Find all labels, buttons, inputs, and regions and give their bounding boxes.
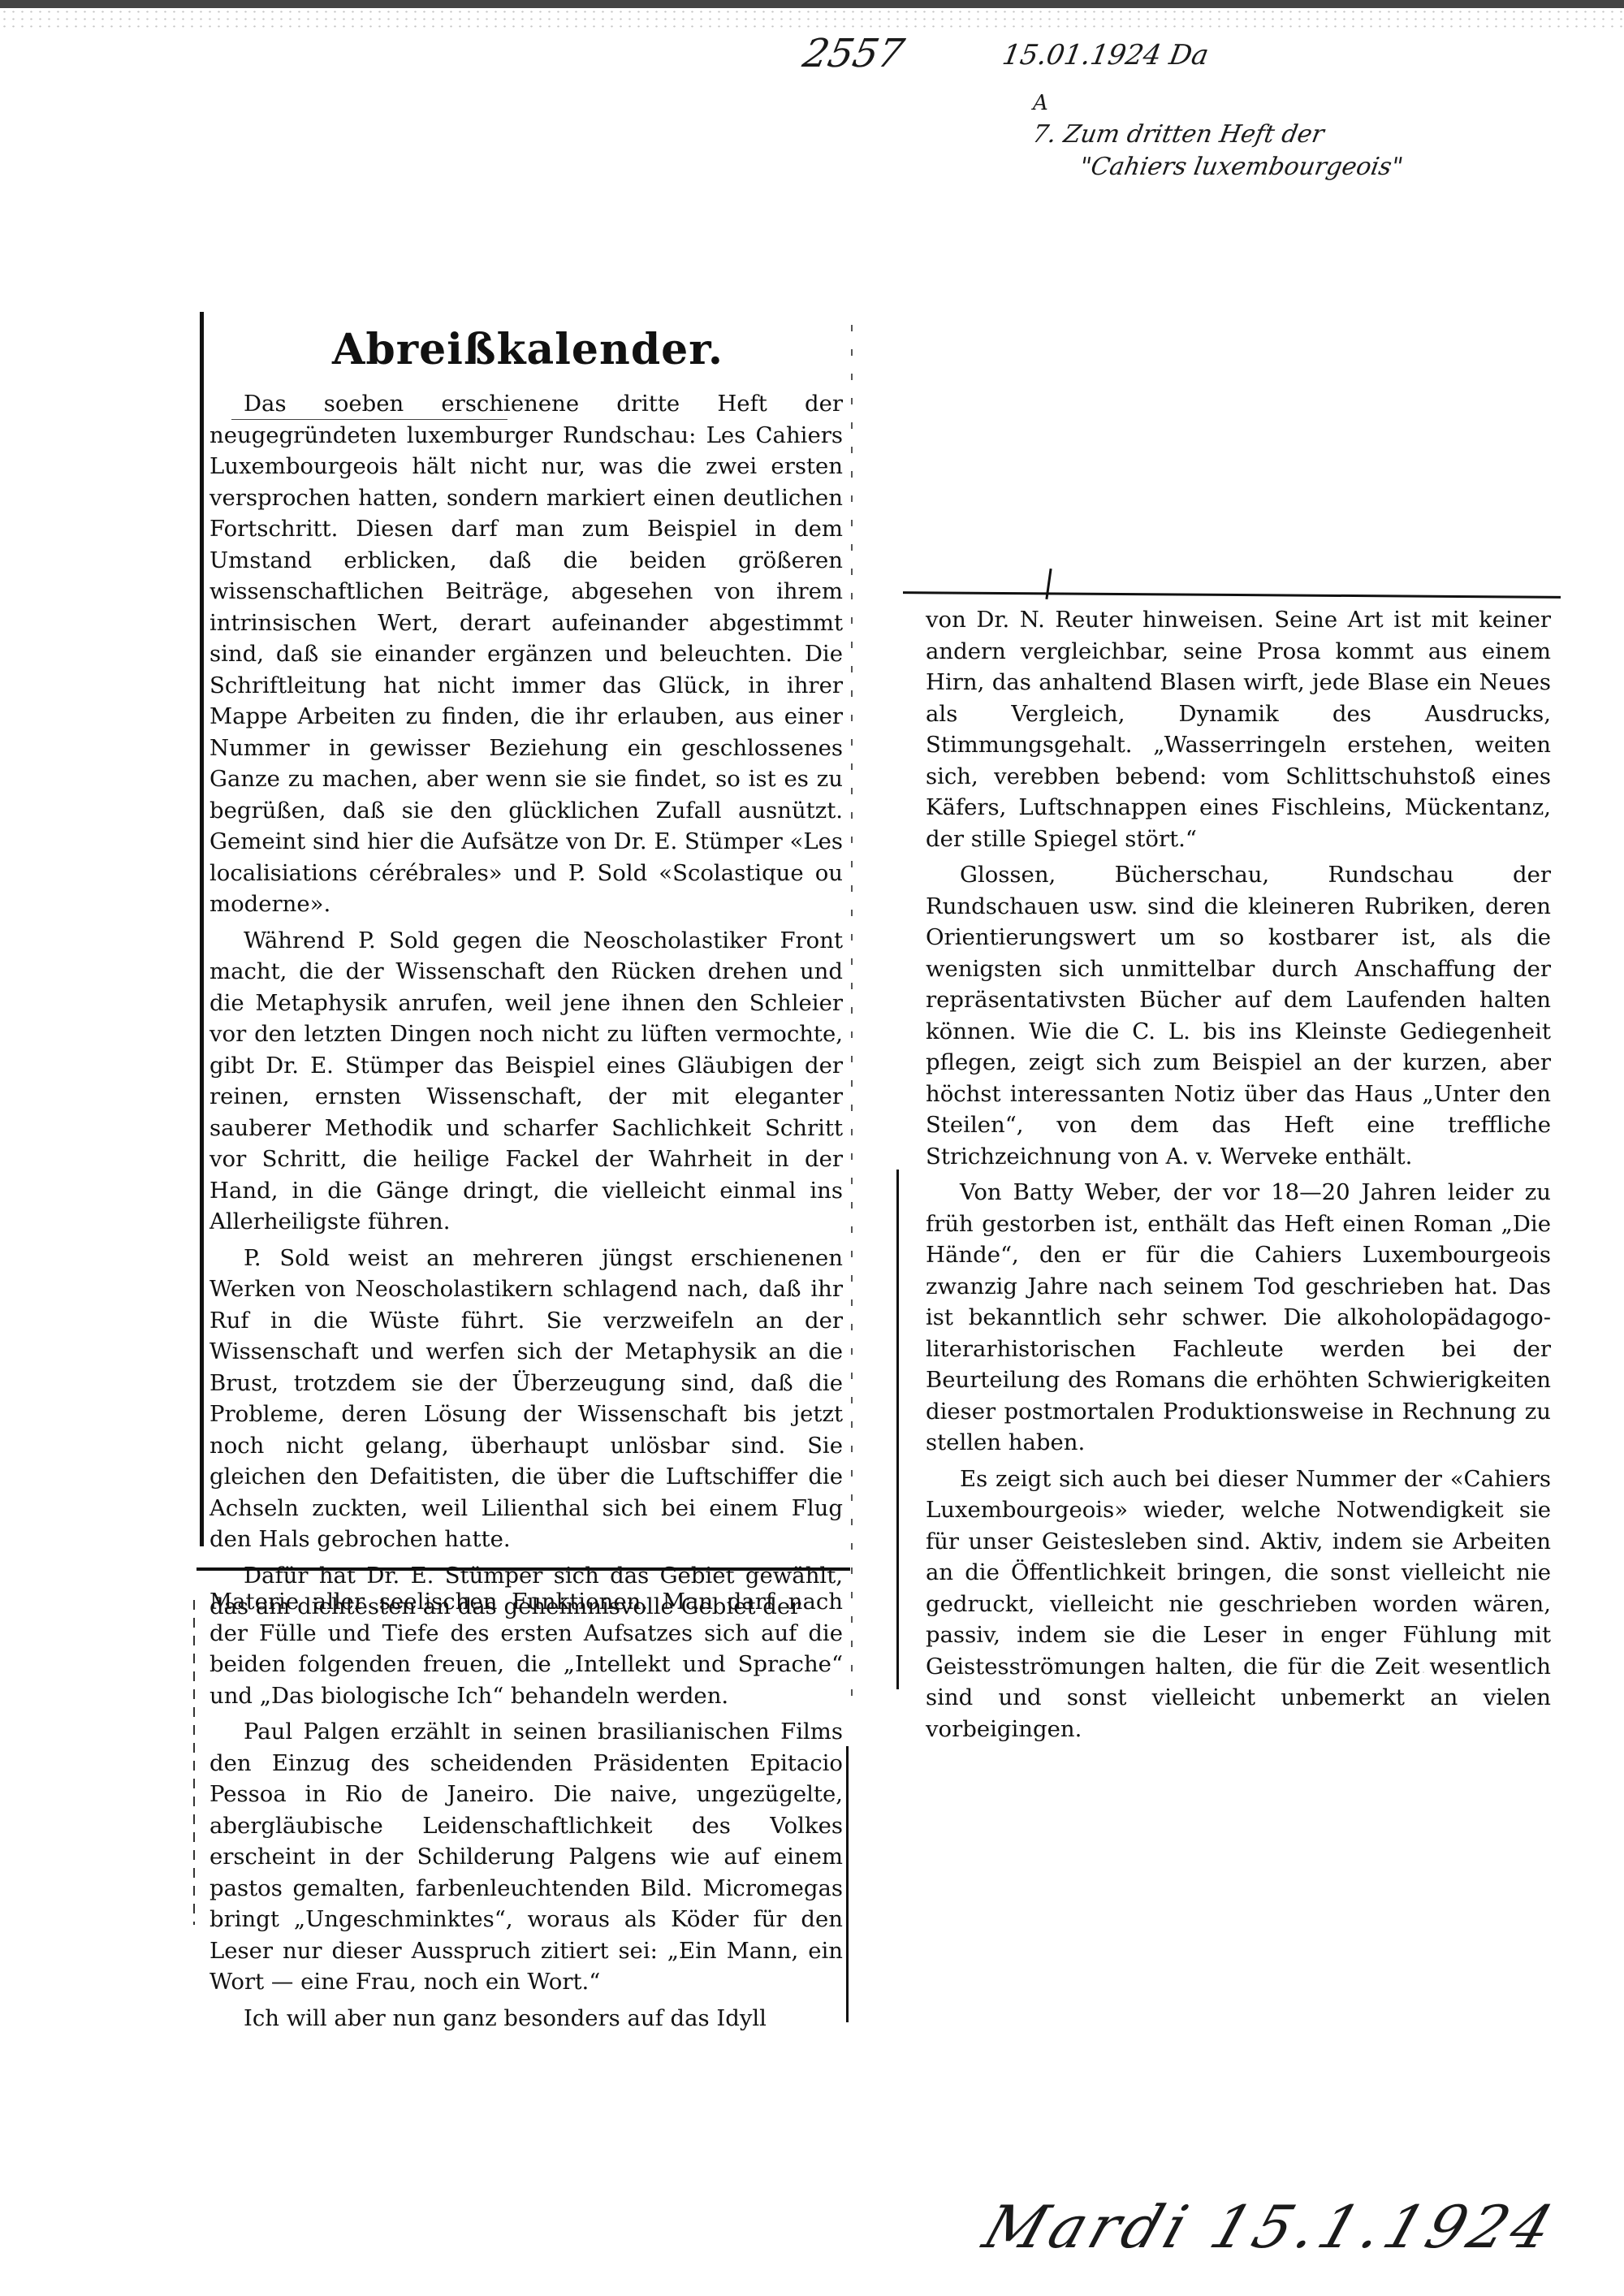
article-left-column-continued: Materie aller seelischen Funktionen. Man… <box>209 1586 843 2034</box>
clipping-border-right-column <box>896 1170 899 1689</box>
handwritten-bottom-date: Mardi 15.1.1924 <box>975 2193 1566 2261</box>
paragraph: Das soeben erschienene dritte Heft der n… <box>209 388 843 920</box>
paragraph: Während P. Sold gegen die Neoscholastike… <box>209 925 843 1238</box>
clipping-cut-line-right <box>903 591 1561 599</box>
clipping-border-left <box>200 312 204 1546</box>
trailing-dots <box>1080 1671 1437 1674</box>
handwritten-note-letter: A <box>1033 91 1048 115</box>
archive-number: 2557 <box>799 31 908 76</box>
paragraph: Von Batty Weber, der vor 18—20 Jahren le… <box>926 1177 1551 1459</box>
clipping-border-right <box>846 1746 849 2022</box>
handwritten-note-line-1: 7. Zum dritten Heft der <box>1030 120 1326 149</box>
handwritten-note-line-2: "Cahiers luxembourgeois" <box>1078 153 1406 181</box>
paragraph: Glossen, Bücherschau, Rundschau der Rund… <box>926 859 1551 1172</box>
paragraph: P. Sold weist an mehreren jüngst erschie… <box>209 1243 843 1555</box>
scan-noise <box>0 8 1624 32</box>
clipping-border-dashed <box>193 1600 195 1925</box>
column-divider <box>851 325 853 1706</box>
handwritten-date-stamp: 15.01.1924 Da <box>1000 39 1211 71</box>
article-headline: Abreißkalender. <box>203 325 853 374</box>
article-right-column: von Dr. N. Reuter hinweisen. Seine Art i… <box>926 604 1551 1745</box>
paragraph: Paul Palgen erzählt in seinen brasiliani… <box>209 1716 843 1998</box>
scan-edge-shadow <box>0 0 1624 8</box>
paragraph: Ich will aber nun ganz besonders auf das… <box>209 2003 843 2034</box>
paragraph: Materie aller seelischen Funktionen. Man… <box>209 1586 843 1711</box>
paragraph: Es zeigt sich auch bei dieser Nummer der… <box>926 1464 1551 1745</box>
paragraph: von Dr. N. Reuter hinweisen. Seine Art i… <box>926 604 1551 854</box>
article-left-column: Das soeben erschienene dritte Heft der n… <box>209 388 843 1623</box>
